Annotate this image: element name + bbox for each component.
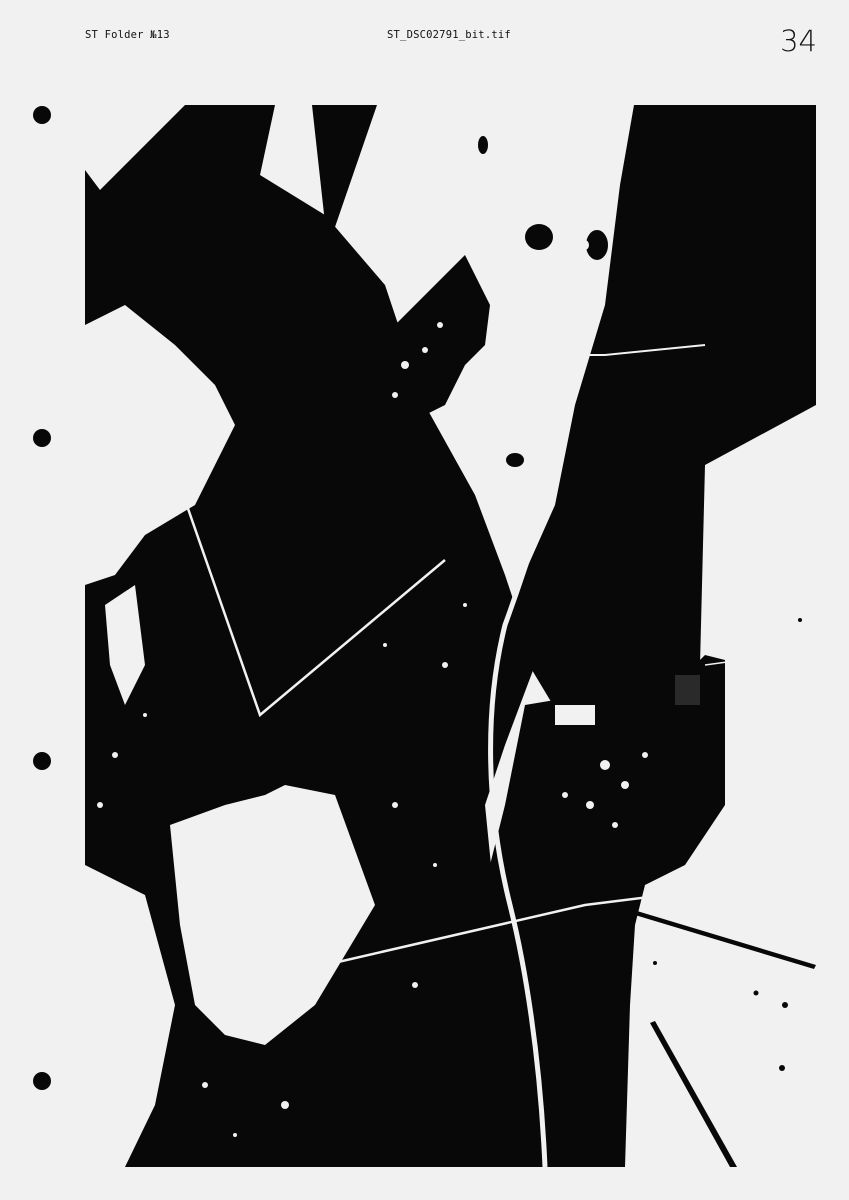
binder-hole-icon: [33, 106, 51, 124]
page-number: 34: [780, 24, 817, 58]
binder-hole-icon: [33, 429, 51, 447]
aerial-bitmap-image: [85, 105, 816, 1167]
folder-label: ST Folder №13: [85, 29, 170, 41]
binder-hole-icon: [33, 752, 51, 770]
binder-hole-icon: [33, 1072, 51, 1090]
file-name: ST_DSC02791_bit.tif: [387, 29, 511, 41]
